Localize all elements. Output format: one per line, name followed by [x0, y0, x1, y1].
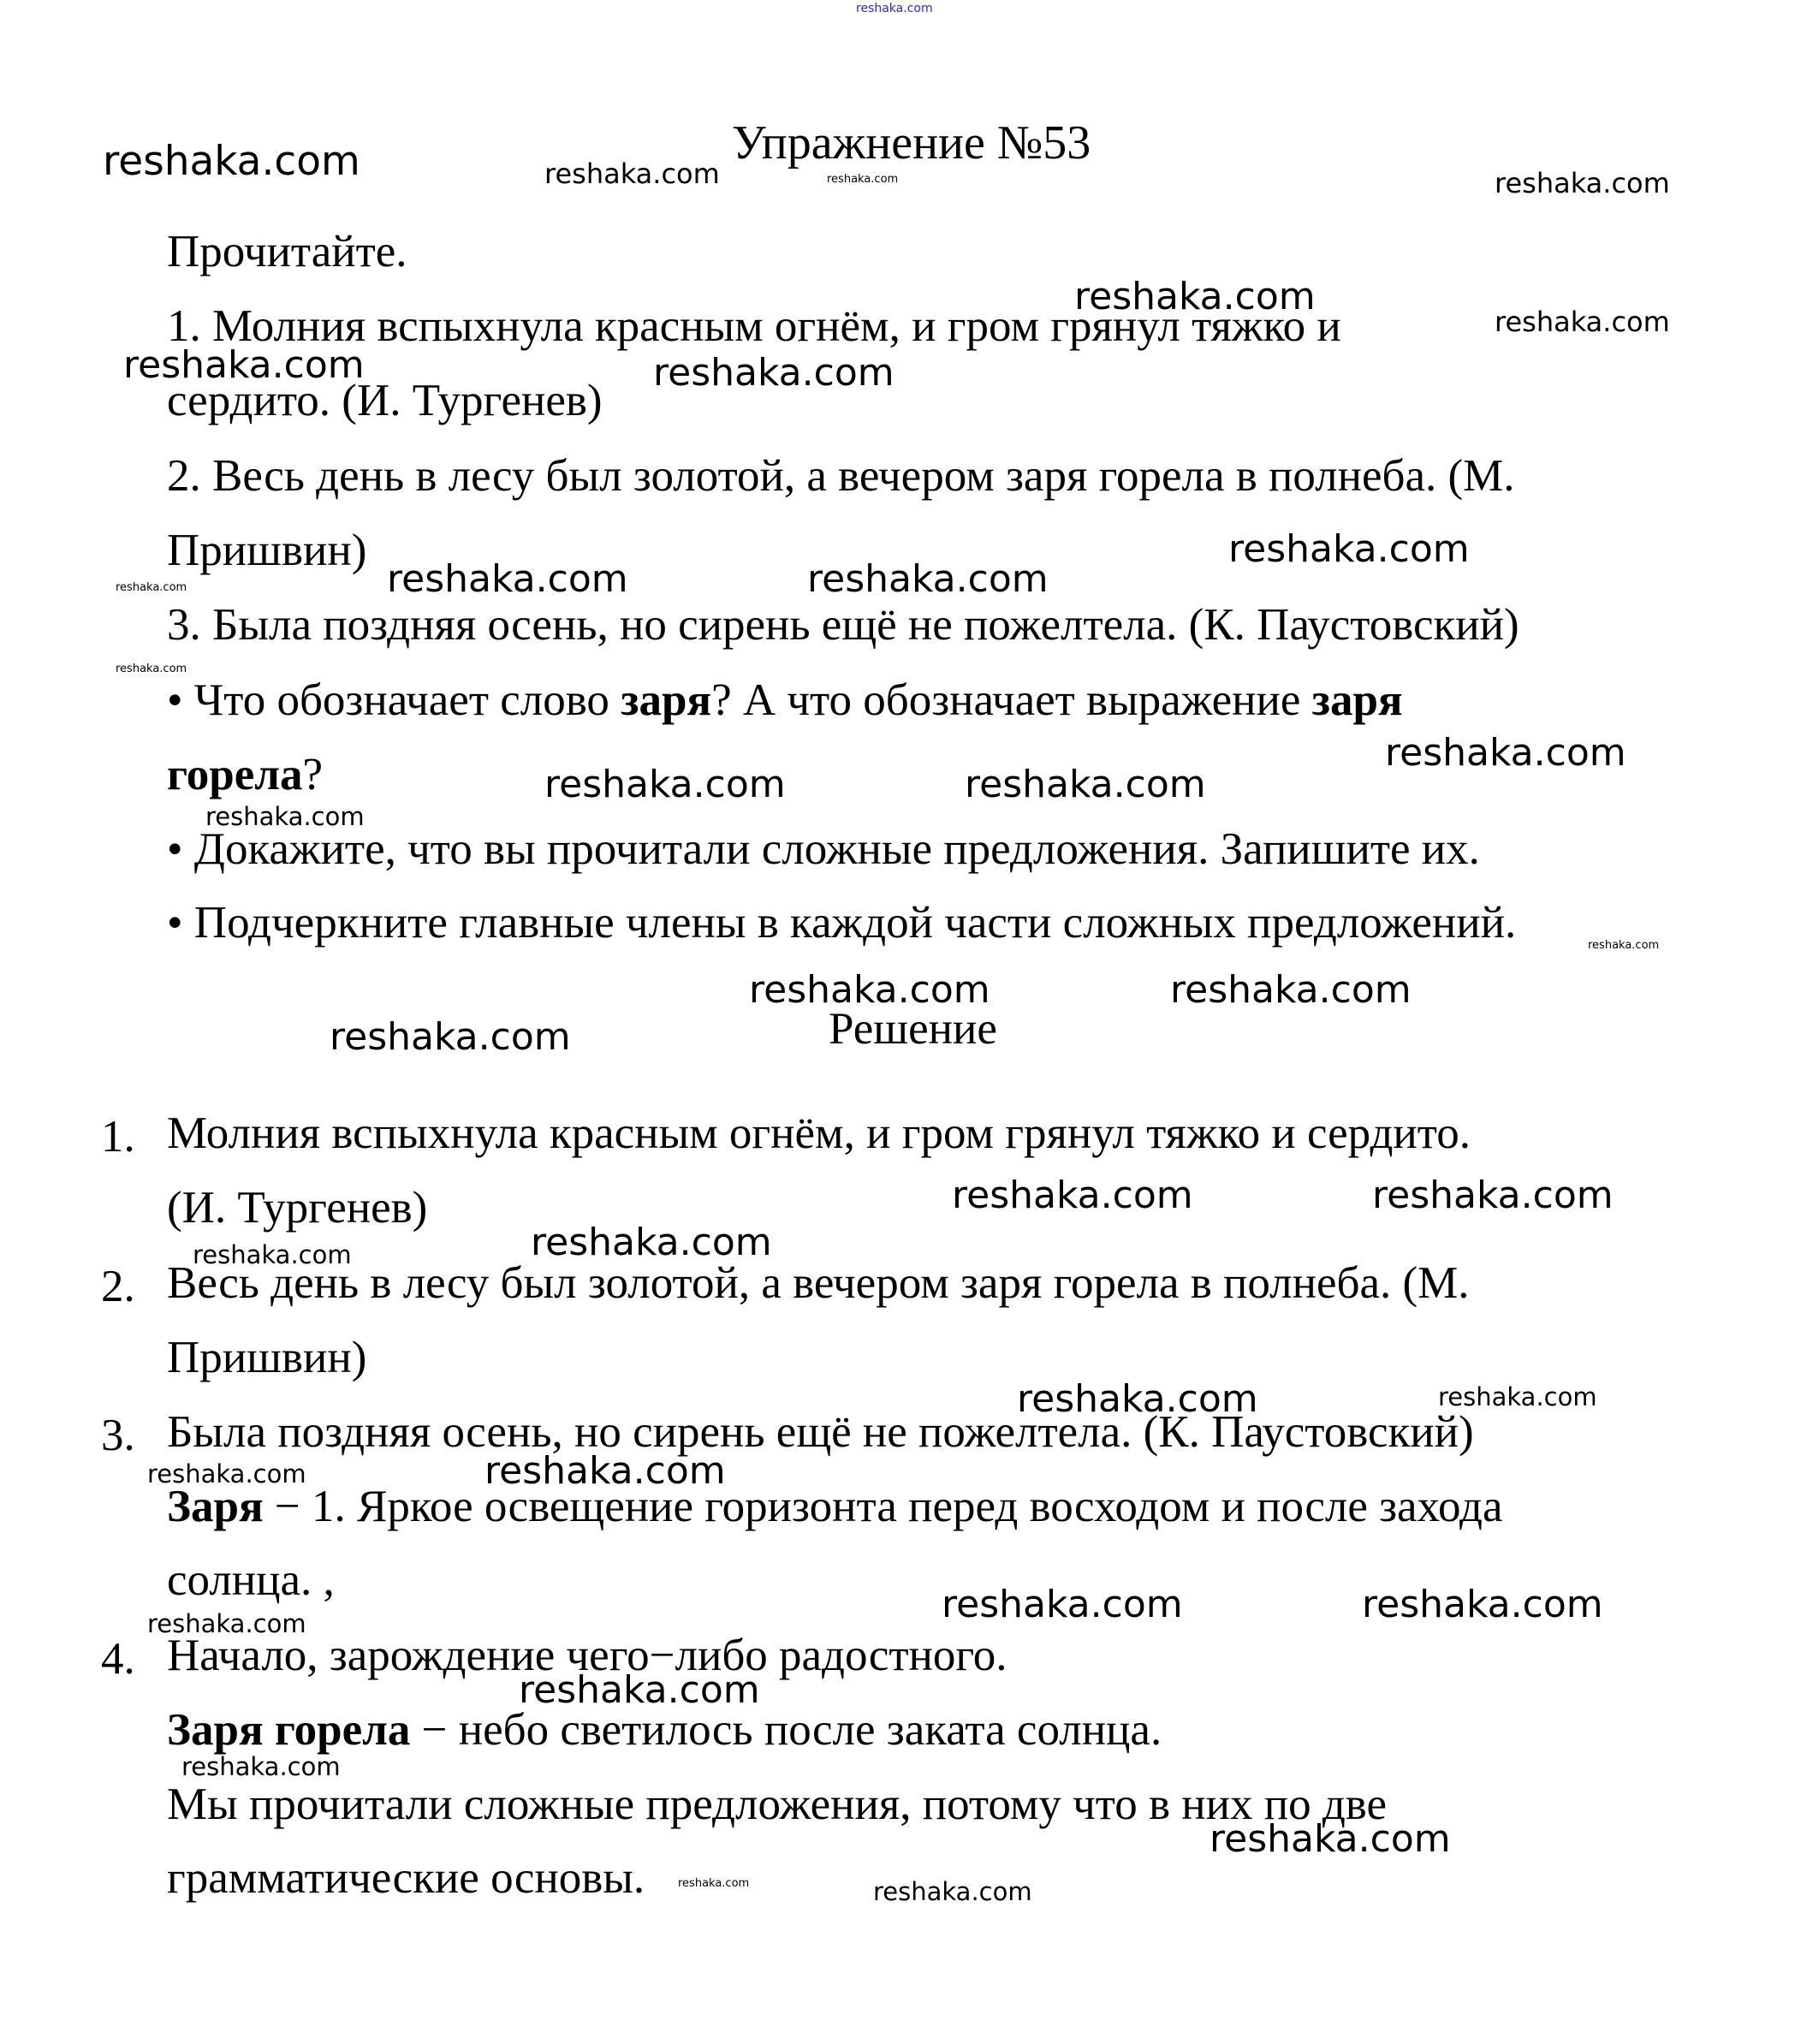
page-title: Упражнение №53 — [732, 116, 1091, 170]
watermark: reshaka.com — [1495, 308, 1670, 336]
solution-heading: Решение — [829, 1003, 997, 1055]
task-intro: Прочитайте. — [167, 229, 407, 275]
task-bullet-1: • Что обозначает слово заря? А что обозн… — [167, 678, 1403, 723]
definition-zarya: Заря − 1. Яркое освещение горизонта пере… — [167, 1484, 1503, 1530]
watermark: reshaka.com — [330, 1019, 571, 1056]
watermark: reshaka.com — [653, 354, 895, 392]
solution-item-3-line1: Была поздняя осень, но сирень ещё не пож… — [167, 1410, 1474, 1455]
task-sentence-1-line2: сердито. (И. Тургенев) — [167, 378, 603, 424]
watermark: reshaka.com — [116, 582, 187, 593]
bold-term: горела — [167, 750, 302, 799]
watermark: reshaka.com — [531, 1224, 772, 1262]
watermark: reshaka.com — [544, 160, 720, 187]
bullet-text: ? А что обозначает выражение — [711, 675, 1312, 725]
phrase-zarya-gorela: Заря горела − небо светилось после закат… — [167, 1708, 1162, 1753]
conclusion-line2: грамматические основы. — [167, 1856, 645, 1901]
watermark-top: reshaka.com — [856, 3, 933, 15]
watermark: reshaka.com — [103, 141, 360, 181]
solution-item-3-number: 3. — [101, 1410, 135, 1461]
definition-text: − 1. Яркое освещение горизонта перед вос… — [264, 1482, 1503, 1531]
watermark: reshaka.com — [1495, 169, 1670, 197]
watermark: reshaka.com — [544, 766, 786, 804]
bullet-text: ? — [302, 750, 323, 799]
task-bullet-1-cont: горела? — [167, 752, 323, 798]
solution-item-2-line1: Весь день в лесу был золотой, а вечером … — [167, 1261, 1470, 1306]
watermark: reshaka.com — [116, 663, 187, 674]
task-sentence-2-line2: Пришвин) — [167, 528, 366, 573]
watermark: reshaka.com — [873, 1880, 1032, 1904]
bold-term: заря — [621, 675, 711, 725]
watermark: reshaka.com — [807, 561, 1049, 598]
watermark: reshaka.com — [387, 561, 628, 598]
solution-item-1-line2: (И. Тургенев) — [167, 1185, 427, 1231]
task-bullet-2: • Докажите, что вы прочитали сложные пре… — [167, 827, 1480, 872]
task-sentence-2-line1: 2. Весь день в лесу был золотой, а вечер… — [167, 454, 1515, 499]
solution-item-2-number: 2. — [101, 1261, 135, 1312]
watermark: reshaka.com — [942, 1586, 1183, 1624]
solution-item-4-number: 4. — [101, 1633, 135, 1685]
watermark: reshaka.com — [181, 1755, 341, 1780]
watermark: reshaka.com — [1228, 531, 1470, 568]
phrase-text: − небо светилось после заката солнца. — [410, 1705, 1162, 1755]
watermark: reshaka.com — [1170, 971, 1412, 1009]
watermark: reshaka.com — [1362, 1586, 1603, 1624]
definition-zarya-cont: солнца. , — [167, 1558, 335, 1603]
bold-term: Заря — [167, 1482, 264, 1531]
bold-term: заря — [1312, 675, 1403, 725]
bullet-text: • Что обозначает слово — [167, 675, 621, 725]
solution-item-1-line1: Молния вспыхнула красным огнём, и гром г… — [167, 1111, 1471, 1156]
task-sentence-3: 3. Была поздняя осень, но сирень ещё не … — [167, 603, 1519, 648]
watermark: reshaka.com — [827, 174, 898, 185]
watermark: reshaka.com — [1438, 1385, 1597, 1410]
task-sentence-1-line1: 1. Молния вспыхнула красным огнём, и гро… — [167, 304, 1341, 349]
watermark: reshaka.com — [1385, 734, 1626, 772]
watermark: reshaka.com — [952, 1177, 1193, 1215]
solution-item-1-number: 1. — [101, 1111, 135, 1162]
watermark: reshaka.com — [1588, 940, 1659, 951]
watermark: reshaka.com — [965, 766, 1206, 804]
solution-item-4: Начало, зарождение чего−либо радостного. — [167, 1633, 1007, 1679]
task-bullet-3: • Подчеркните главные члены в каждой час… — [167, 900, 1516, 946]
conclusion-line1: Мы прочитали сложные предложения, потому… — [167, 1782, 1387, 1827]
solution-item-2-line2: Пришвин) — [167, 1335, 366, 1381]
watermark: reshaka.com — [1372, 1177, 1614, 1215]
bold-term: Заря горела — [167, 1705, 410, 1755]
watermark: reshaka.com — [678, 1878, 749, 1889]
